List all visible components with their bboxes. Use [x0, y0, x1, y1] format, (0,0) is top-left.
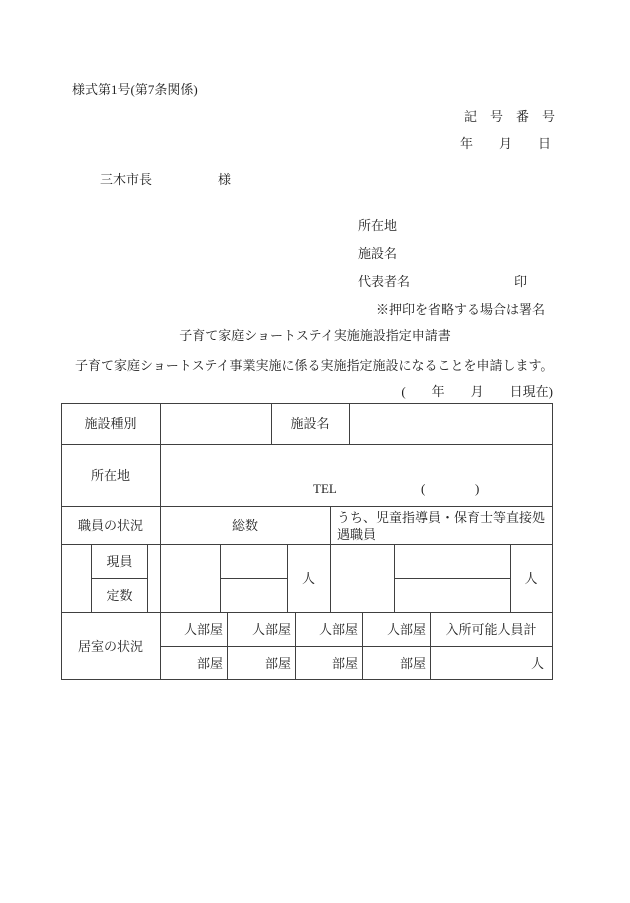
room-cell-unit: 人部屋: [227, 612, 295, 646]
addressee-name: 三木市長: [100, 169, 152, 188]
addressee: 三木市長 様: [100, 169, 231, 188]
grid-line: [220, 578, 288, 579]
current-staff-label: 現員: [91, 544, 148, 578]
room-cell-unit: 部屋: [160, 646, 227, 680]
facility-name-value-cell: [349, 403, 552, 444]
address-header: 所在地: [61, 444, 160, 506]
representative-label: 代表者名: [358, 271, 410, 290]
grid-line: [394, 544, 395, 612]
application-statement: 子育て家庭ショートステイ事業実施に係る実施指定施設になることを申請します。: [75, 355, 553, 374]
applicant-address-label: 所在地: [358, 215, 397, 234]
facility-type-header: 施設種別: [61, 403, 160, 444]
addressee-honorific: 様: [218, 169, 231, 188]
date-line: 年 月 日: [460, 133, 551, 152]
room-cell-unit: 部屋: [362, 646, 430, 680]
rooms-status-header: 居室の状況: [61, 612, 160, 680]
room-cell-unit: 人部屋: [362, 612, 430, 646]
application-table: 施設種別 施設名 所在地 TEL ( ) 職員の状況 総数 うち、児童指導員・保…: [61, 403, 553, 680]
tel-paren-open: (: [421, 477, 431, 499]
seal-note: ※押印を省略する場合は署名: [376, 299, 545, 318]
form-page: 様式第1号(第7条関係) 記 号 番 号 年 月 日 三木市長 様 所在地 施設…: [0, 0, 630, 903]
tel-paren-close: ): [475, 477, 485, 499]
grid-line: [220, 544, 221, 612]
room-cell-unit: 部屋: [227, 646, 295, 680]
capacity-total-unit: 人: [430, 646, 552, 680]
capacity-total-header: 入所可能人員計: [430, 612, 552, 646]
form-number: 様式第1号(第7条関係): [72, 79, 198, 98]
applicant-representative-row: 代表者名 印: [358, 271, 527, 290]
staff-status-header: 職員の状況: [61, 506, 160, 544]
room-cell-unit: 部屋: [295, 646, 362, 680]
grid-line: [552, 403, 553, 680]
as-of-date: ( 年 月 日現在): [401, 381, 553, 400]
room-cell-unit: 人部屋: [160, 612, 227, 646]
ref-number: 記 号 番 号: [464, 106, 555, 125]
person-unit-total: 人: [287, 544, 330, 612]
facility-type-value-cell: [160, 403, 271, 444]
grid-line: [394, 578, 510, 579]
seal-mark: 印: [514, 271, 527, 290]
direct-care-staff-header: うち、児童指導員・保育士等直接処遇職員: [330, 506, 552, 544]
addressee-gap: [152, 169, 218, 188]
staff-total-header: 総数: [160, 506, 330, 544]
room-cell-unit: 人部屋: [295, 612, 362, 646]
tel-label: TEL: [313, 477, 353, 499]
applicant-facility-label: 施設名: [358, 243, 397, 262]
staff-quota-label: 定数: [91, 578, 148, 612]
person-unit-direct: 人: [510, 544, 552, 612]
facility-name-header: 施設名: [271, 403, 349, 444]
form-title: 子育て家庭ショートステイ実施施設指定申請書: [0, 325, 630, 344]
